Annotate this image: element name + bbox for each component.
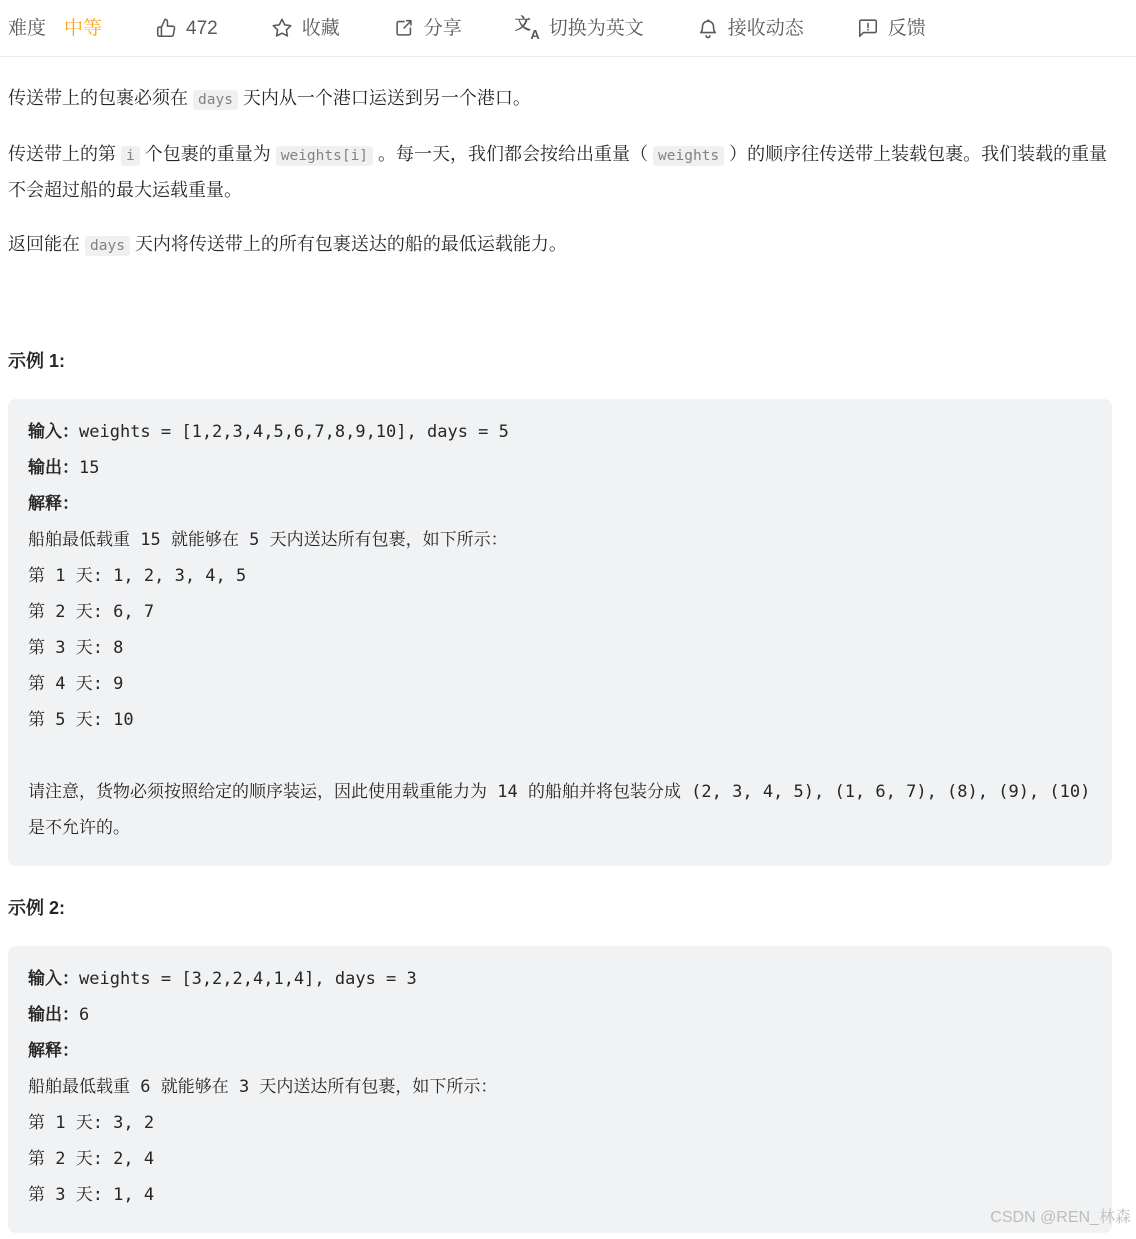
- inline-code-i: i: [121, 146, 140, 166]
- problem-paragraph-3: 返回能在days天内将传送带上的所有包裹送达的船的最低运载能力。: [8, 227, 1112, 263]
- problem-paragraph-2: 传送带上的第i个包裹的重量为weights[i]。每一天，我们都会按给出重量（w…: [8, 137, 1112, 207]
- feedback-label: 反馈: [888, 19, 926, 38]
- problem-page: 难度 中等 472 收藏 分享 文A 切换为英文: [0, 0, 1136, 1233]
- output-value: 6: [79, 1005, 89, 1025]
- favorite-label: 收藏: [302, 19, 340, 38]
- example-output-line: 输出：15: [28, 450, 1092, 486]
- example-explanation-label-line: 解释：: [28, 1033, 1092, 1069]
- paragraph-text: 返回能在: [8, 234, 80, 254]
- day-line: 第 1 天: 1, 2, 3, 4, 5: [28, 558, 1092, 594]
- difficulty: 难度 中等: [8, 19, 102, 38]
- blank-line: [28, 738, 1092, 774]
- explanation-line: 船舶最低载重 15 就能够在 5 天内送达所有包裹，如下所示：: [28, 522, 1092, 558]
- inline-code-days: days: [193, 90, 238, 110]
- paragraph-text: 个包裹的重量为: [145, 144, 271, 164]
- input-label: 输入：: [28, 422, 79, 442]
- example-1-title: 示例 1:: [8, 349, 1112, 373]
- problem-paragraph-1: 传送带上的包裹必须在days天内从一个港口运送到另一个港口。: [8, 81, 1112, 117]
- star-icon: [271, 17, 293, 39]
- translate-icon: 文A: [515, 17, 540, 40]
- thumbs-up-icon: [155, 17, 177, 39]
- example-1-code-block: 输入：weights = [1,2,3,4,5,6,7,8,9,10], day…: [8, 399, 1112, 866]
- paragraph-text: 传送带上的包裹必须在: [8, 88, 188, 108]
- output-label: 输出：: [28, 458, 79, 478]
- subscribe-button[interactable]: 接收动态: [697, 17, 804, 39]
- input-value: weights = [1,2,3,4,5,6,7,8,9,10], days =…: [79, 422, 509, 442]
- day-line: 第 4 天: 9: [28, 666, 1092, 702]
- inline-code-weights: weights: [653, 146, 724, 166]
- day-line: 第 5 天: 10: [28, 702, 1092, 738]
- paragraph-text: 传送带上的第: [8, 144, 116, 164]
- paragraph-text: 天内从一个港口运送到另一个港口。: [243, 88, 531, 108]
- favorite-button[interactable]: 收藏: [271, 17, 340, 39]
- input-value: weights = [3,2,2,4,1,4], days = 3: [79, 969, 417, 989]
- like-button[interactable]: 472: [155, 17, 218, 39]
- share-icon: [393, 17, 415, 39]
- switch-language-label: 切换为英文: [549, 19, 644, 38]
- day-line: 第 3 天: 8: [28, 630, 1092, 666]
- example-output-line: 输出：6: [28, 997, 1092, 1033]
- bell-icon: [697, 17, 719, 39]
- share-label: 分享: [424, 19, 462, 38]
- csdn-watermark: CSDN @REN_林森: [990, 1204, 1131, 1227]
- paragraph-text: 天内将传送带上的所有包裹送达的船的最低运载能力。: [135, 234, 567, 254]
- paragraph-text: 。每一天，我们都会按给出重量（: [378, 144, 648, 164]
- example-2-title: 示例 2:: [8, 896, 1112, 920]
- inline-code-weights-i: weights[i]: [276, 146, 373, 166]
- example-input-line: 输入：weights = [1,2,3,4,5,6,7,8,9,10], day…: [28, 414, 1092, 450]
- example-input-line: 输入：weights = [3,2,2,4,1,4], days = 3: [28, 961, 1092, 997]
- explanation-label: 解释：: [28, 494, 79, 514]
- difficulty-value[interactable]: 中等: [64, 19, 102, 38]
- day-line: 第 1 天: 3, 2: [28, 1105, 1092, 1141]
- example-explanation-label-line: 解释：: [28, 486, 1092, 522]
- like-count: 472: [186, 19, 218, 38]
- note-line: 请注意，货物必须按照给定的顺序装运，因此使用载重能力为 14 的船舶并将包装分成…: [28, 774, 1092, 846]
- day-line: 第 2 天: 6, 7: [28, 594, 1092, 630]
- toolbar: 难度 中等 472 收藏 分享 文A 切换为英文: [0, 0, 1136, 57]
- output-value: 15: [79, 458, 99, 478]
- feedback-button[interactable]: 反馈: [857, 17, 926, 39]
- example-2-code-block: 输入：weights = [3,2,2,4,1,4], days = 3 输出：…: [8, 946, 1112, 1233]
- subscribe-label: 接收动态: [728, 19, 804, 38]
- day-line: 第 2 天: 2, 4: [28, 1141, 1092, 1177]
- problem-description: 传送带上的包裹必须在days天内从一个港口运送到另一个港口。 传送带上的第i个包…: [0, 81, 1136, 1233]
- difficulty-label: 难度: [8, 19, 46, 38]
- output-label: 输出：: [28, 1005, 79, 1025]
- switch-language-button[interactable]: 文A 切换为英文: [515, 17, 644, 40]
- share-button[interactable]: 分享: [393, 17, 462, 39]
- feedback-icon: [857, 17, 879, 39]
- explanation-label: 解释：: [28, 1041, 79, 1061]
- explanation-line: 船舶最低载重 6 就能够在 3 天内送达所有包裹，如下所示：: [28, 1069, 1092, 1105]
- input-label: 输入：: [28, 969, 79, 989]
- inline-code-days: days: [85, 236, 130, 256]
- day-line: 第 3 天: 1, 4: [28, 1177, 1092, 1213]
